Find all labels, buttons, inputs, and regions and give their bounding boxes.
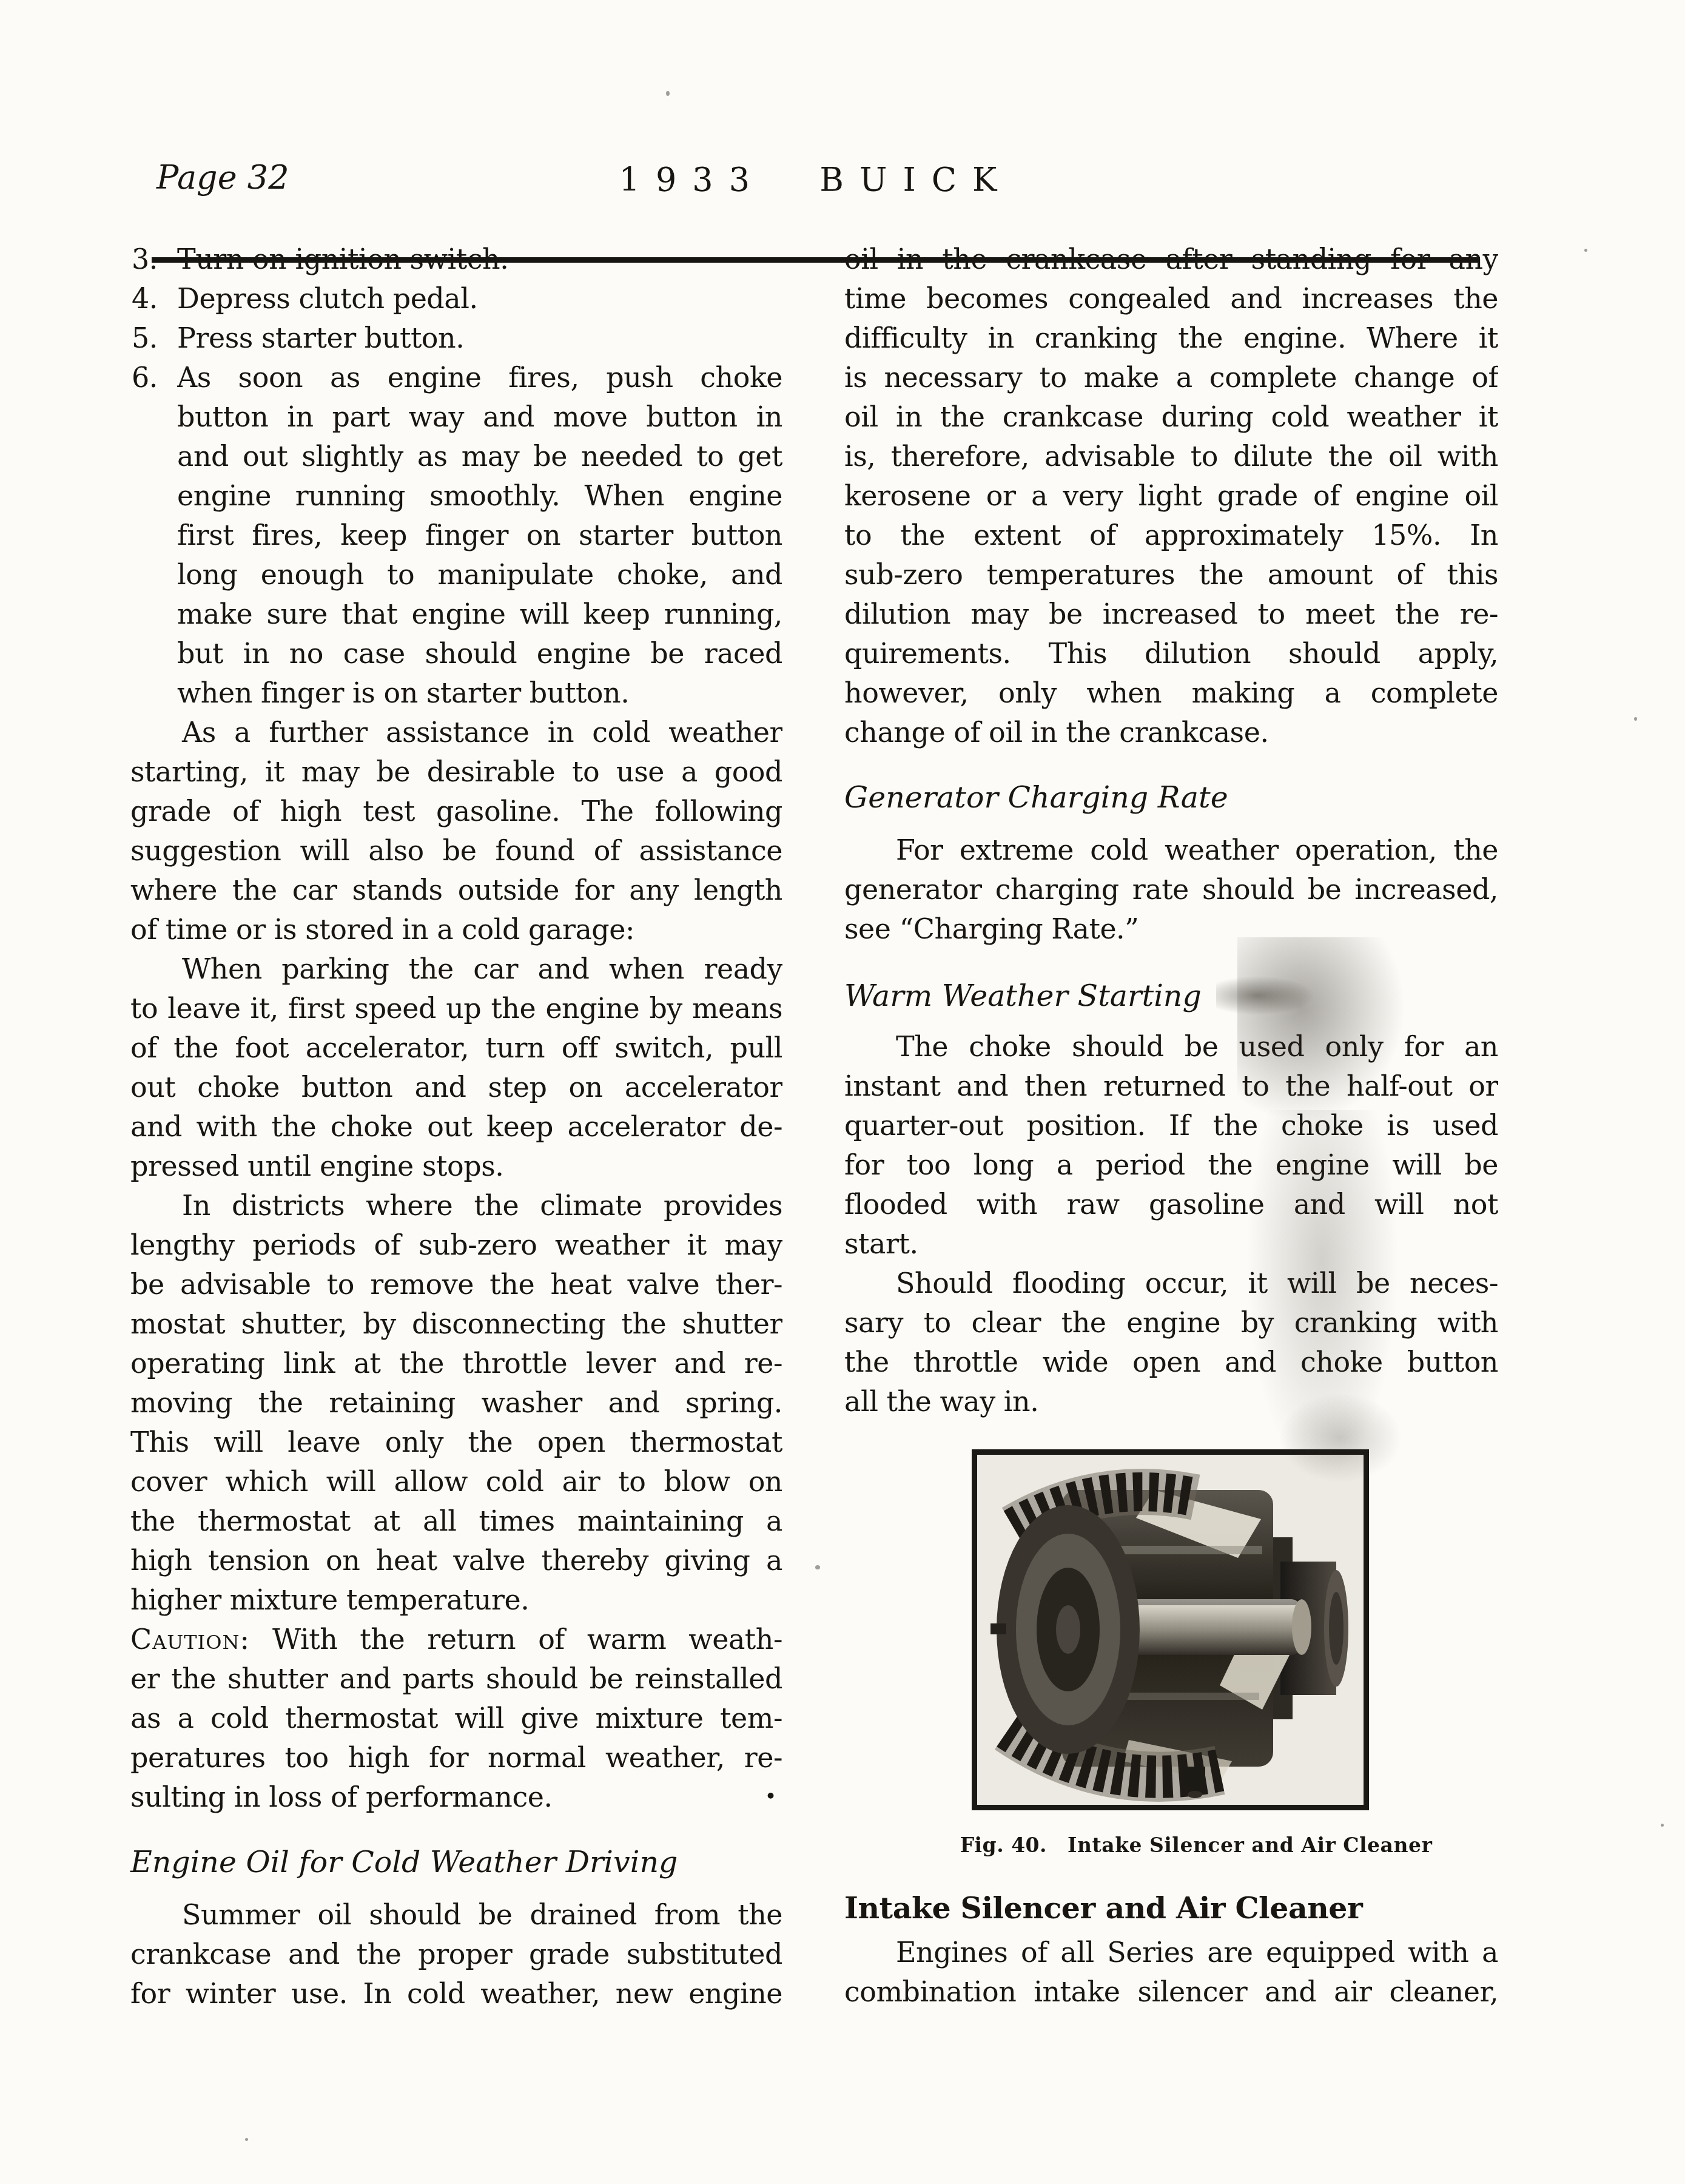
- text-line: first fires, keep finger on starter butt…: [177, 516, 782, 555]
- text-line: be advisable to remove the heat valve th…: [130, 1265, 782, 1304]
- heading-warm-weather-starting: Warm Weather Starting: [844, 974, 1498, 1014]
- list-item-lines: As soon as engine fires, push chokebutto…: [177, 358, 782, 713]
- scan-speck: [815, 1565, 820, 1569]
- text-line: pressed until engine stops.: [130, 1147, 782, 1186]
- text-line: quirements. This dilution should apply,: [844, 634, 1498, 673]
- scan-speck: [1661, 1824, 1664, 1827]
- text-line: •sulting in loss of performance.: [130, 1778, 782, 1817]
- text-line: Turn on ignition switch.: [177, 240, 782, 279]
- para-charging-rate: For extreme cold weather operation, theg…: [844, 831, 1498, 949]
- left-column: 3.Turn on ignition switch.4.Depress clut…: [130, 240, 782, 2014]
- scan-speck: [245, 2138, 248, 2141]
- para-parking-procedure: When parking the car and when readyto le…: [130, 949, 782, 1186]
- scan-speck: [666, 91, 670, 96]
- text-line: dilution may be increased to meet the re…: [844, 595, 1498, 634]
- text-line: to the extent of approximately 15%. In: [844, 516, 1498, 555]
- text-line: of time or is stored in a cold garage:: [130, 910, 782, 949]
- text-line: all the way in.: [844, 1382, 1498, 1421]
- heading-intake-silencer: Intake Silencer and Air Cleaner: [844, 1889, 1498, 1928]
- text-line: when finger is on starter button.: [177, 673, 782, 713]
- text-line: where the car stands outside for any len…: [130, 871, 782, 910]
- page-header: Page 32 1933 BUICK: [152, 150, 1480, 223]
- text-line: sary to clear the engine by cranking wit…: [844, 1303, 1498, 1343]
- text-line: Engines of all Series are equipped with …: [844, 1933, 1498, 1972]
- text-line: is, therefore, advisable to dilute the o…: [844, 437, 1498, 476]
- text-line: difficulty in cranking the engine. Where…: [844, 318, 1498, 358]
- text-line: oil in the crankcase during cold weather…: [844, 397, 1498, 437]
- text-line: crankcase and the proper grade substitut…: [130, 1935, 782, 1974]
- text-line: peratures too high for normal weather, r…: [130, 1738, 782, 1778]
- text-line: sub-zero temperatures the amount of this: [844, 555, 1498, 595]
- para-cold-weather-gasoline: As a further assistance in cold weathers…: [130, 713, 782, 949]
- step-6: 6.As soon as engine fires, push chokebut…: [130, 358, 782, 713]
- list-item-lines: Turn on ignition switch.: [177, 240, 782, 279]
- text-line: starting, it may be desirable to use a g…: [130, 752, 782, 792]
- scan-smudge: [1216, 974, 1319, 1017]
- text-line: Depress clutch pedal.: [177, 279, 782, 318]
- text-line: grade of high test gasoline. The followi…: [130, 792, 782, 831]
- heading-generator-charging-rate: Generator Charging Rate: [844, 778, 1498, 817]
- text-line: In districts where the climate provides: [130, 1186, 782, 1225]
- text-line: As soon as engine fires, push choke: [177, 358, 782, 397]
- text-line: cover which will allow cold air to blow …: [130, 1462, 782, 1501]
- list-item-lines: Press starter button.: [177, 318, 782, 358]
- text-line: quarter-out position. If the choke is us…: [844, 1106, 1498, 1145]
- text-line: to leave it, first speed up the engine b…: [130, 989, 782, 1028]
- text-line: out choke button and step on accelerator: [130, 1068, 782, 1107]
- text-line: Caution: With the return of warm weath-: [130, 1620, 782, 1659]
- heading-engine-oil: Engine Oil for Cold Weather Driving: [130, 1842, 782, 1882]
- intake-silencer-cutaway-photo: [977, 1455, 1364, 1805]
- figure-number: Fig. 40.: [960, 1833, 1047, 1857]
- text-line: for winter use. In cold weather, new eng…: [130, 1974, 782, 2014]
- text-line: When parking the car and when ready: [130, 949, 782, 989]
- text-line: long enough to manipulate choke, and: [177, 555, 782, 595]
- list-number: 5.: [132, 318, 158, 358]
- figure-40-caption: Fig. 40.Intake Silencer and Air Cleaner: [953, 1828, 1439, 1862]
- text-line: The choke should be used only for an: [844, 1027, 1498, 1067]
- text-line: of the foot accelerator, turn off switch…: [130, 1028, 782, 1068]
- text-line: engine running smoothly. When engine: [177, 476, 782, 516]
- text-line: mostat shutter, by disconnecting the shu…: [130, 1304, 782, 1344]
- text-line: Press starter button.: [177, 318, 782, 358]
- text-line: higher mixture temperature.: [130, 1580, 782, 1620]
- text-line: suggestion will also be found of assista…: [130, 831, 782, 871]
- right-column: oil in the crankcase after standing for …: [844, 240, 1498, 2012]
- text-line: but in no case should engine be raced: [177, 634, 782, 673]
- text-line: for too long a period the engine will be: [844, 1145, 1498, 1185]
- text-line: lengthy periods of sub-zero weather it m…: [130, 1225, 782, 1265]
- page-number-label: Page 32: [156, 150, 289, 205]
- scan-dot-artifact: •: [764, 1778, 776, 1817]
- scan-speck: [1584, 249, 1587, 252]
- text-line: generator charging rate should be increa…: [844, 870, 1498, 909]
- text-line: the throttle wide open and choke button: [844, 1343, 1498, 1382]
- para-oil-congealing: oil in the crankcase after standing for …: [844, 240, 1498, 752]
- text-line: as a cold thermostat will give mixture t…: [130, 1699, 782, 1738]
- text-line: combination intake silencer and air clea…: [844, 1972, 1498, 2012]
- text-line: Should flooding occur, it will be neces-: [844, 1264, 1498, 1303]
- text-line: make sure that engine will keep running,: [177, 595, 782, 634]
- text-line: This will leave only the open thermostat: [130, 1423, 782, 1462]
- text-line: oil in the crankcase after standing for …: [844, 240, 1498, 279]
- step-4: 4.Depress clutch pedal.: [130, 279, 782, 318]
- text-line: operating link at the throttle lever and…: [130, 1344, 782, 1383]
- list-item-lines: Depress clutch pedal.: [177, 279, 782, 318]
- text-line: and out slightly as may be needed to get: [177, 437, 782, 476]
- scanned-manual-page: { "header": { "page_label": "Page 32", "…: [0, 0, 1685, 2184]
- text-line: flooded with raw gasoline and will not: [844, 1185, 1498, 1224]
- step-5: 5.Press starter button.: [130, 318, 782, 358]
- text-line: high tension on heat valve thereby givin…: [130, 1541, 782, 1580]
- para-caution: Caution: With the return of warm weath-e…: [130, 1620, 782, 1817]
- text-line: As a further assistance in cold weather: [130, 713, 782, 752]
- figure-caption-text: Intake Silencer and Air Cleaner: [1068, 1833, 1432, 1857]
- list-number: 4.: [132, 279, 158, 318]
- text-line: moving the retaining washer and spring.: [130, 1383, 782, 1423]
- text-line: instant and then returned to the half-ou…: [844, 1067, 1498, 1106]
- text-line: er the shutter and parts should be reins…: [130, 1659, 782, 1699]
- list-number: 3.: [132, 240, 158, 279]
- para-sub-zero-districts: In districts where the climate providesl…: [130, 1186, 782, 1620]
- text-line: the thermostat at all times maintaining …: [130, 1501, 782, 1541]
- text-line: For extreme cold weather operation, the: [844, 831, 1498, 870]
- caution-label: Caution:: [130, 1623, 250, 1656]
- list-number: 6.: [132, 358, 158, 397]
- text-line: see “Charging Rate.”: [844, 909, 1498, 949]
- text-line: change of oil in the crankcase.: [844, 713, 1498, 752]
- text-line: is necessary to make a complete change o…: [844, 358, 1498, 397]
- step-3: 3.Turn on ignition switch.: [130, 240, 782, 279]
- text-line: button in part way and move button in: [177, 397, 782, 437]
- text-line: Summer oil should be drained from the: [130, 1895, 782, 1935]
- text-line: time becomes congealed and increases the: [844, 279, 1498, 318]
- para-choke-use: The choke should be used only for aninst…: [844, 1027, 1498, 1264]
- para-summer-oil: Summer oil should be drained from thecra…: [130, 1895, 782, 2014]
- scan-speck: [1634, 717, 1637, 721]
- text-line: however, only when making a complete: [844, 673, 1498, 713]
- para-flooding: Should flooding occur, it will be neces-…: [844, 1264, 1498, 1421]
- figure-40: [972, 1449, 1369, 1810]
- text-line: start.: [844, 1224, 1498, 1264]
- para-intake-silencer: Engines of all Series are equipped with …: [844, 1933, 1498, 2012]
- text-line: kerosene or a very light grade of engine…: [844, 476, 1498, 516]
- page-header-title: 1933 BUICK: [619, 153, 1013, 207]
- text-line: and with the choke out keep accelerator …: [130, 1107, 782, 1147]
- sepia-overlay: [977, 1455, 1364, 1805]
